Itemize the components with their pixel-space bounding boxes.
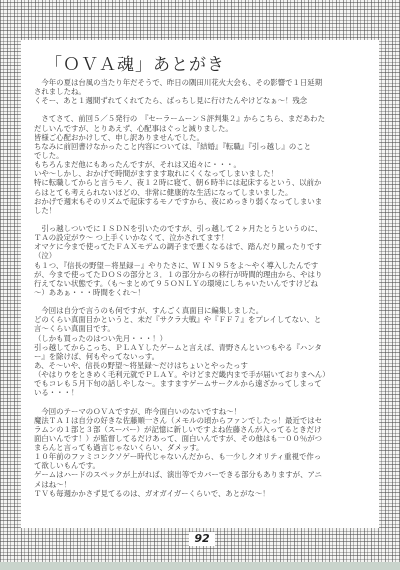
text-line: 面白いんです！）が監督してるだけあって、面白いんですが、その他はも一００％がつ [34, 434, 374, 443]
text-line: ー』を除けば、何もやってないっす。 [34, 352, 374, 361]
text-line: した！ [34, 206, 374, 215]
text-line: ＴＡの設定がウ～ つ上手くいかなくて、泣かされてます！ [34, 233, 374, 242]
text-line: １０年前のファミコンクソゲー時代じゃないんだから、も一少しクオリティ重視で作っ [34, 452, 374, 461]
paragraph: 今回は自分で言うのも何ですが、すんごく真面目に編集しました。どのくらい真面目かと… [34, 306, 374, 397]
text-line: 行えてない状態です。（も～まとめて９５ＯＮＬＹの環境にしちゃいたいんですけどね [34, 279, 374, 288]
text-line: でした。 [34, 151, 374, 160]
text-line: どのくらい真面目かというと、未だ『サクラ大戦』や『ＦＦ７』をプレイしてない、と [34, 315, 374, 324]
text-line: もちろんまだ他にもあったんですが、それは又追々に・・・。 [34, 160, 374, 169]
paragraph: さてさて、前回５／５発行の 『セーラームーンＳ評判集２』からこちら、まだあわただ… [34, 114, 374, 215]
text-line: が、今まで使ってたＤＯＳの部分と３．１の部分からの移行が時間的理由から、やはり [34, 270, 374, 279]
text-line: 言～くらい真面目です。 [34, 324, 374, 333]
text-line: も１つ、『信長の野望－将星録－』やりたさに、ＷＩＮ９５をよ～やく導入したんです [34, 261, 374, 270]
text-line: 引っ越しついでにＩＳＤＮを引いたのですが、引っ越して２ヶ月たとうというのに、 [34, 224, 374, 233]
text-line: 皆様ご心配おかけして、申し訳ありませんでした。 [34, 133, 374, 142]
text-line: （しかも買ったのはつい先月・・・！） [34, 334, 374, 343]
text-line: オマケに今まで使ってたＦＡＸモデムの調子まで悪くなるはで、踏んだり蹴ったりです [34, 242, 374, 251]
text-line: 特に転職してからと言うモノ、夜１２時に寝て、朝６時半には起床するという、以前か [34, 178, 374, 187]
text-line: されましたね。 [34, 87, 374, 96]
text-line: ～）ああぁ・・・時間をくれ～！ [34, 288, 374, 297]
text-line: ゲームはハードのスペックが上がれば、演出等でカバーできる部分もありますが、アニ [34, 470, 374, 479]
text-line: まらんと言っても過言じゃないくらい、ダメッす。 [34, 443, 374, 452]
text-line: ちなみに前回書けなかったこと内容については、『結婚』『転職』『引っ越し』のこと [34, 142, 374, 151]
text-line: 魔法ＴＡＩは自分の好きな佐藤順一さん（メモルの頃からファンでしたっ！最近ではセ [34, 416, 374, 425]
text-line: いや～しかし、おかげで時間がますます取れにくくなってしまいました！ [34, 169, 374, 178]
text-line: いる・・・！ [34, 388, 374, 397]
text-line: 今回は自分で言うのも何ですが、すんごく真面目に編集しました。 [34, 306, 374, 315]
text-line: （泣） [34, 251, 374, 260]
text-line: くそー、あと１週間ずれてくれてたら、ばっちし見に行けたんやけどなぁ～！残念 [34, 96, 374, 105]
text-line: らはとても考えられないほどの、非常に健康的な生活になってしまいました。 [34, 188, 374, 197]
text-line: おかげで週末もそのリズムで起床するモノですから、夜にめっきり弱くなってしまいま [34, 197, 374, 206]
text-panel: 「ＯＶＡ魂」あとがき 今年の夏は台風の当たり年だそうで、昨日の隅田川花火大会も、… [21, 40, 379, 528]
text-line: 引っ越してからこっち、ＰＬＡＹしたゲームと言えば、青野さんといつもやる『ハンタ [34, 343, 374, 352]
text-line: ラムンの１部と３部（スーパー）が記憶に新しいですよね佐藤さんが入ってるときだけ [34, 425, 374, 434]
text-line: あ、そ～いや、信長の野望～将星録～だけはちょいとやったっす [34, 361, 374, 370]
text-line: て欲しいもんです。 [34, 461, 374, 470]
text-line: だしいんですが、とりあえず、心配事はぐっと減りました。 [34, 124, 374, 133]
text-line: メはね～！ [34, 480, 374, 489]
text-line: ＴＶも毎週かかさず見てるのは、ガオガイガーくらいで、あとがな～！ [34, 489, 374, 498]
text-line: 今年の夏は台風の当たり年だそうで、昨日の隅田川花火大会も、その影響で１日延期 [34, 78, 374, 87]
text-line: （やはりウをときめく毛利元就でＰＬＡＹ。やけどまだ畿内まで手が届いておりまへん） [34, 370, 374, 379]
text-line: 今回のテーマのＯＶＡですが、昨今面白いのないですね～！ [34, 407, 374, 416]
bottom-strip [0, 562, 400, 570]
text-line: さてさて、前回５／５発行の 『セーラームーンＳ評判集２』からこちら、まだあわた [34, 114, 374, 123]
paragraph: 引っ越しついでにＩＳＤＮを引いたのですが、引っ越して２ヶ月たとうというのに、ＴＡ… [34, 224, 374, 297]
page-number: 92 [189, 532, 215, 546]
paragraph: 今回のテーマのＯＶＡですが、昨今面白いのないですね～！魔法ＴＡＩは自分の好きな佐… [34, 407, 374, 498]
page-title: 「ＯＶＡ魂」あとがき [45, 50, 225, 75]
afterword-body: 今年の夏は台風の当たり年だそうで、昨日の隅田川花火大会も、その影響で１日延期され… [34, 78, 374, 507]
paragraph: 今年の夏は台風の当たり年だそうで、昨日の隅田川花火大会も、その影響で１日延期され… [34, 78, 374, 105]
text-line: でもコレも５月下旬の話しやしな～。ますますゲームサークルから遠ざかってしまって [34, 379, 374, 388]
